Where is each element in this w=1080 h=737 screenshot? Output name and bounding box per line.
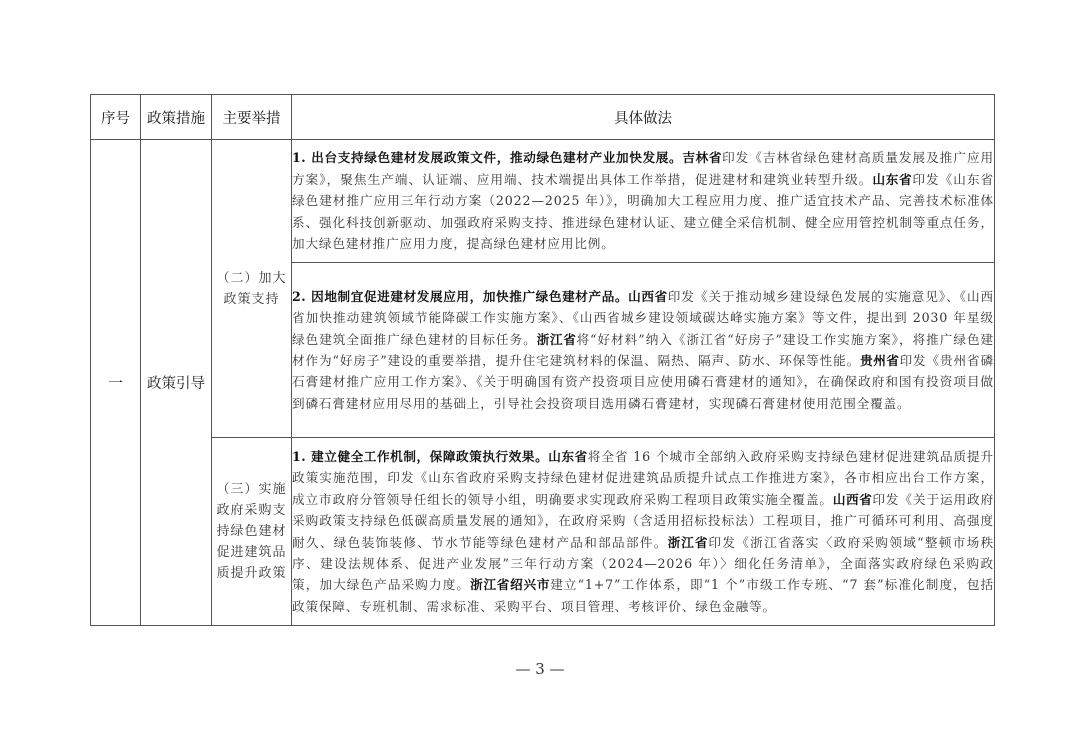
region-name: 浙江省	[668, 535, 709, 550]
table-header-row: 序号 政策措施 主要举措 具体做法	[91, 95, 995, 140]
table-row: 一 政策引导 （二）加大政策支持 1. 出台支持绿色建材发展政策文件，推动绿色建…	[91, 140, 995, 263]
detail-cell: 2. 因地制宜促进建材发展应用，加快推广绿色建材产品。山西省印发《关于推动城乡建…	[292, 263, 995, 438]
table-row: （三）实施政府采购支持绿色建材促进建筑品质提升政策 1. 建立健全工作机制，保障…	[91, 438, 995, 626]
item-title: 2. 因地制宜促进建材发展应用，加快推广绿色建材产品。	[292, 289, 628, 304]
page-number: — 3 —	[0, 660, 1080, 678]
header-specific-practice: 具体做法	[292, 95, 995, 140]
header-main-action: 主要举措	[212, 95, 292, 140]
item-title: 1. 建立健全工作机制，保障政策执行效果。	[292, 449, 548, 464]
region-name: 山西省	[628, 289, 668, 304]
region-name: 山西省	[833, 492, 873, 507]
detail-cell: 1. 出台支持绿色建材发展政策文件，推动绿色建材产业加快发展。吉林省印发《吉林省…	[292, 140, 995, 263]
document-page: 序号 政策措施 主要举措 具体做法 一 政策引导 （二）加大政策支持 1. 出台…	[0, 0, 1080, 737]
sub-measure-cell: （二）加大政策支持	[212, 140, 292, 438]
region-name: 贵州省	[860, 353, 899, 368]
header-index: 序号	[91, 95, 141, 140]
policy-table: 序号 政策措施 主要举措 具体做法 一 政策引导 （二）加大政策支持 1. 出台…	[90, 94, 995, 626]
region-name: 浙江省绍兴市	[470, 577, 550, 592]
item-title: 1. 出台支持绿色建材发展政策文件，推动绿色建材产业加快发展。	[292, 150, 682, 165]
detail-cell: 1. 建立健全工作机制，保障政策执行效果。山东省将全省 16 个城市全部纳入政府…	[292, 438, 995, 626]
section-measure: 政策引导	[141, 140, 212, 626]
header-policy-measure: 政策措施	[141, 95, 212, 140]
region-name: 山东省	[872, 172, 912, 187]
region-name: 吉林省	[682, 150, 722, 165]
region-name: 山东省	[548, 449, 588, 464]
region-name: 浙江省	[537, 332, 577, 347]
section-number: 一	[91, 140, 141, 626]
sub-measure-cell: （三）实施政府采购支持绿色建材促进建筑品质提升政策	[212, 438, 292, 626]
